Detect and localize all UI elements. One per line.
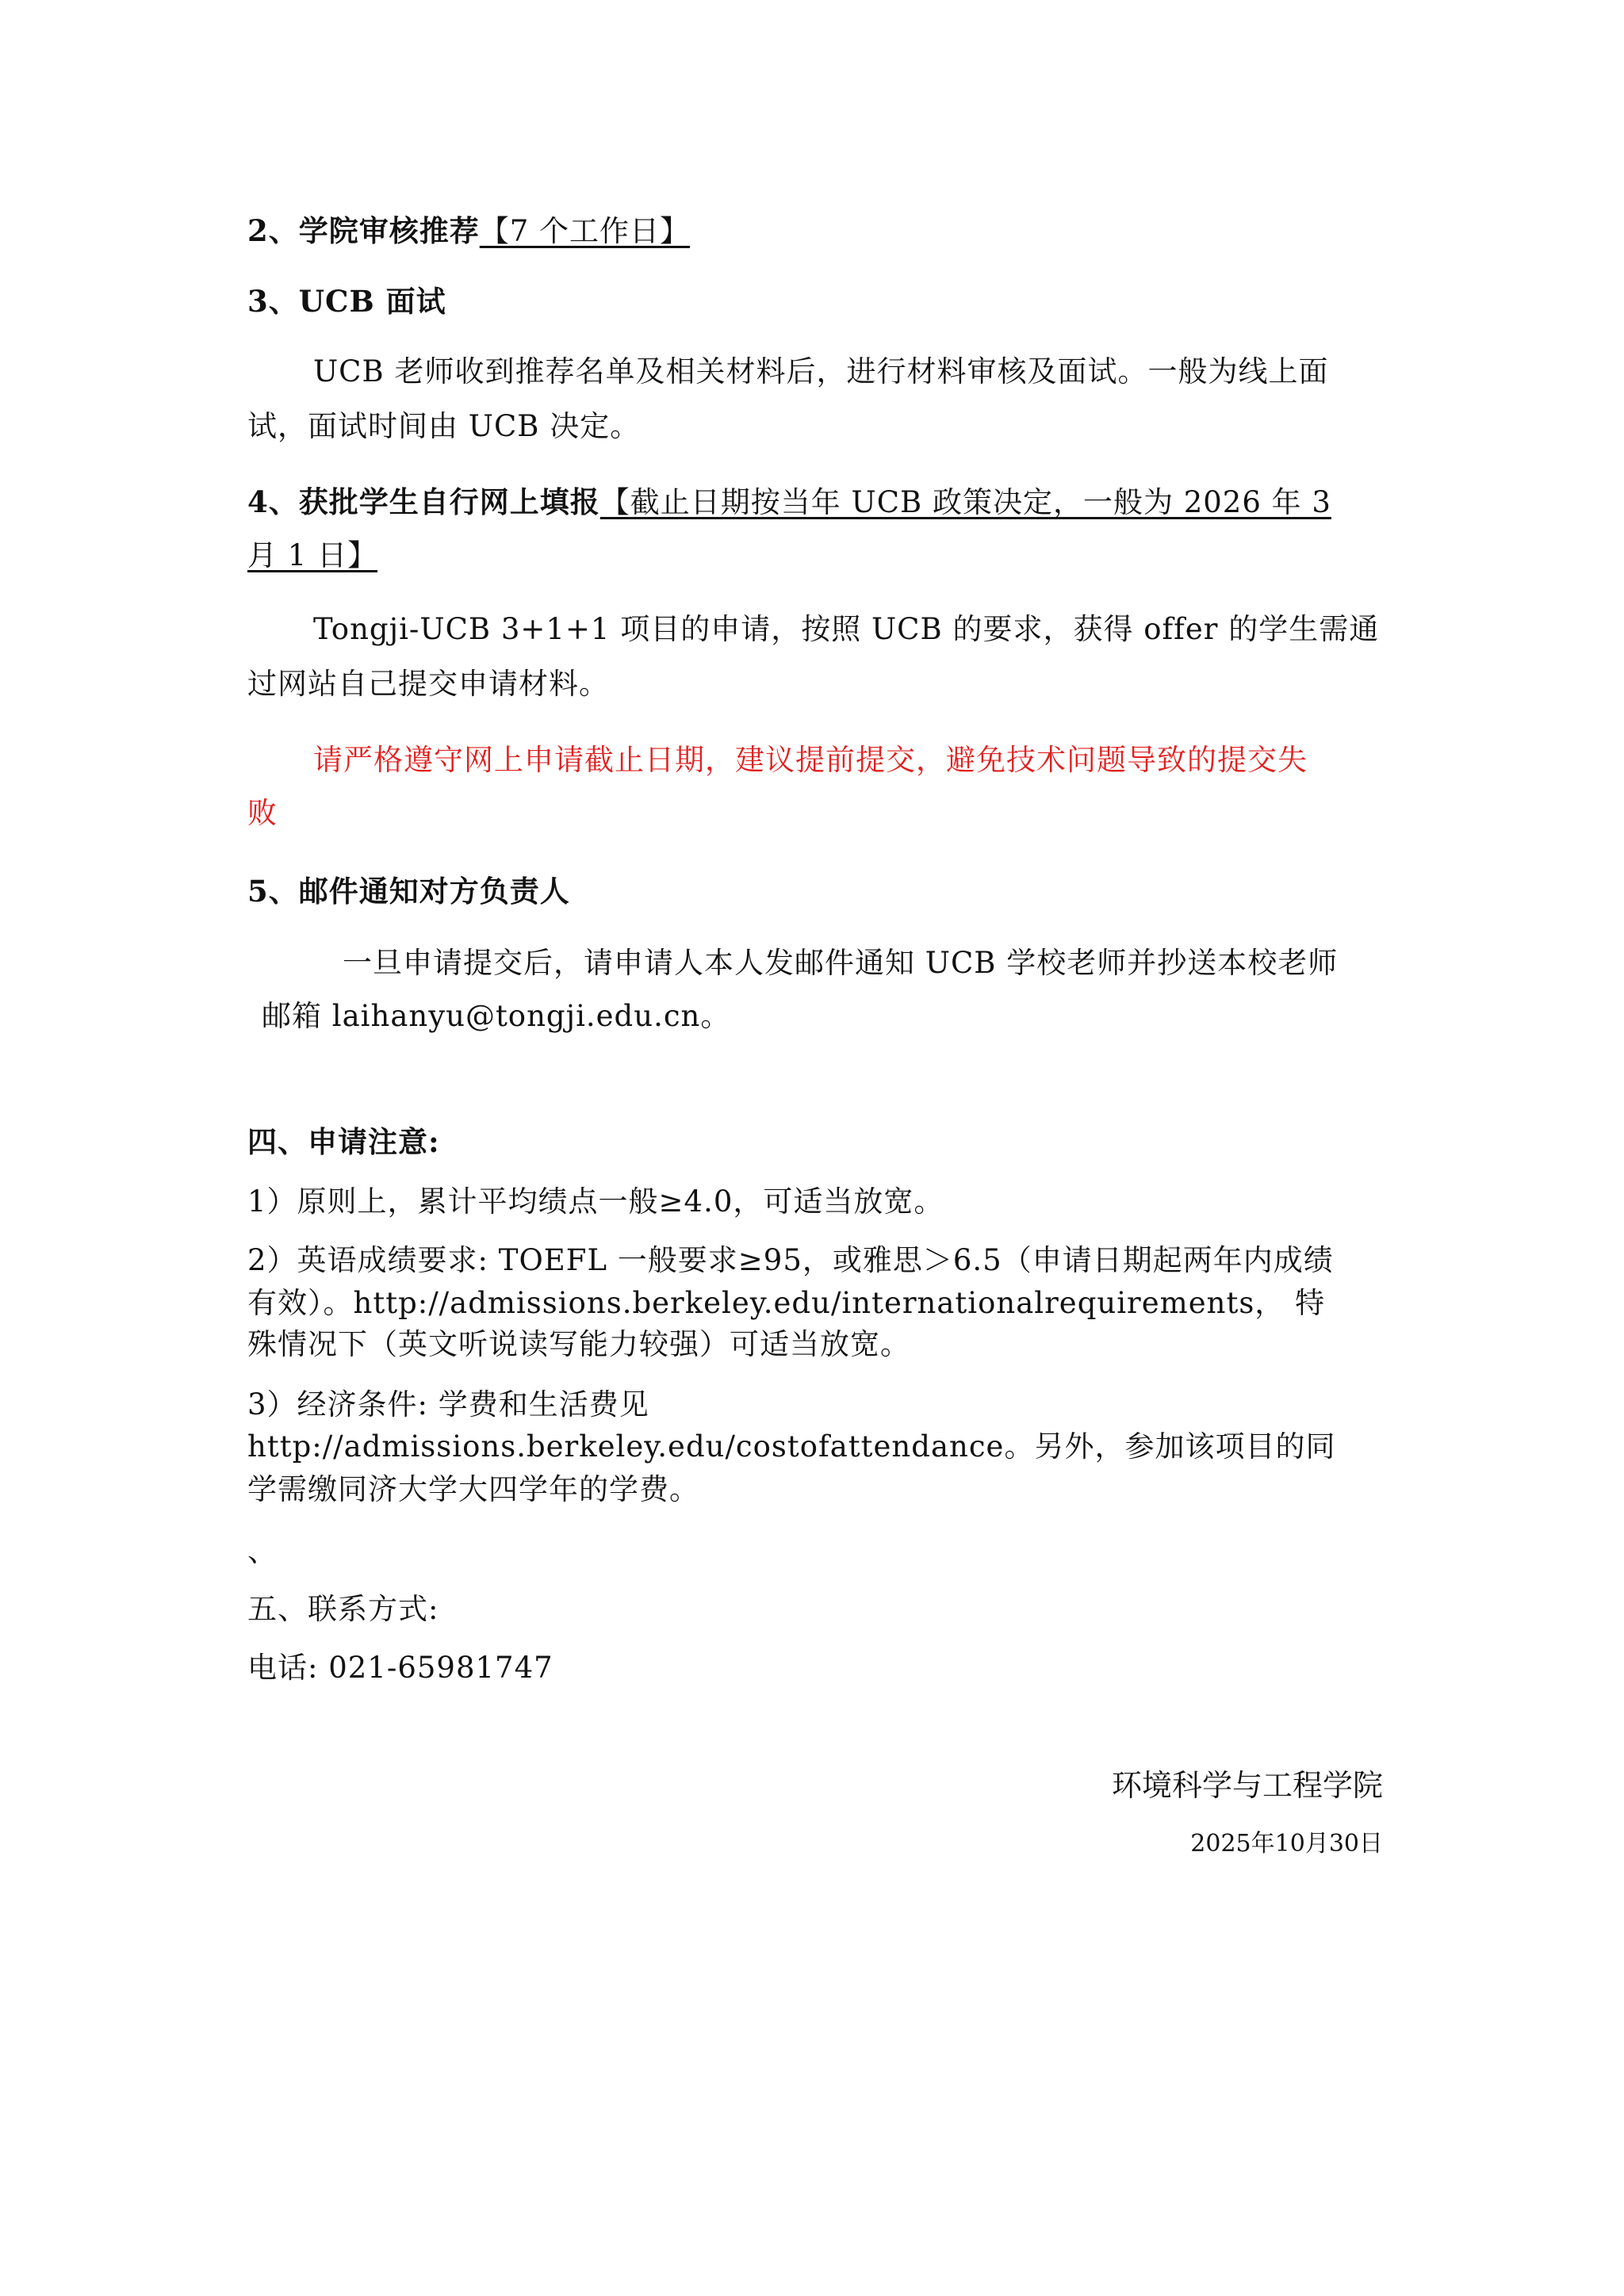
- notes-item-finance-line2: http://admissions.berkeley.edu/costofatt…: [247, 1429, 1335, 1464]
- step3-body-line1: UCB 老师收到推荐名单及相关材料后，进行材料审核及面试。一般为线上面: [313, 354, 1328, 389]
- step4-heading: 4、获批学生自行网上填报: [247, 484, 600, 519]
- step4-warning-line1: 请严格遵守网上申请截止日期，建议提前提交，避免技术问题导致的提交失: [313, 743, 1308, 778]
- step4-deadline-note-line2: 月 1 日】: [247, 538, 377, 572]
- notes-item-gpa: 1）原则上，累计平均绩点一般≥4.0，可适当放宽。: [247, 1184, 944, 1219]
- step2-duration-note: 【7 个工作日】: [480, 214, 690, 248]
- step4-deadline-note-cont: 月 1 日】: [247, 538, 377, 573]
- step2-heading: 2、学院审核推荐: [247, 213, 480, 248]
- stray-mark: 、: [247, 1534, 278, 1569]
- contact-heading: 五、联系方式:: [247, 1592, 439, 1627]
- contact-phone: 电话: 021-65981747: [247, 1651, 553, 1686]
- notes-heading: 四、申请注意:: [247, 1124, 440, 1159]
- notes-item-finance-line3: 学需缴同济大学大四学年的学费。: [247, 1472, 699, 1507]
- step4-body-line1: Tongji-UCB 3+1+1 项目的申请，按照 UCB 的要求，获得 off…: [313, 612, 1379, 647]
- signature-org: 环境科学与工程学院: [1112, 1768, 1383, 1803]
- step2-heading-line: 2、学院审核推荐【7 个工作日】: [247, 213, 690, 249]
- step3-body-line2: 试，面试时间由 UCB 决定。: [247, 409, 640, 444]
- step4-heading-line: 4、获批学生自行网上填报【截止日期按当年 UCB 政策决定，一般为 2026 年…: [247, 484, 1331, 520]
- step5-body-line1: 一旦申请提交后，请申请人本人发邮件通知 UCB 学校老师并抄送本校老师: [343, 946, 1338, 981]
- signature-date: 2025年10月30日: [1190, 1827, 1383, 1862]
- step5-body-line2: 邮箱 laihanyu@tongji.edu.cn。: [262, 999, 730, 1034]
- step3-heading: 3、UCB 面试: [247, 284, 446, 319]
- step4-deadline-note: 【截止日期按当年 UCB 政策决定，一般为 2026 年 3: [600, 485, 1331, 519]
- notes-item-english-line2: 有效）。http://admissions.berkeley.edu/inter…: [247, 1286, 1325, 1321]
- notes-item-english-line1: 2）英语成绩要求: TOEFL 一般要求≥95，或雅思＞6.5（申请日期起两年内…: [247, 1243, 1334, 1278]
- step5-heading: 5、邮件通知对方负责人: [247, 874, 570, 909]
- step4-warning-line2: 败: [247, 796, 278, 831]
- notes-item-finance-line1: 3）经济条件: 学费和生活费见: [247, 1387, 649, 1422]
- step4-body-line2: 过网站自己提交申请材料。: [247, 667, 609, 702]
- notes-item-english-line3: 殊情况下（英文听说读写能力较强）可适当放宽。: [247, 1327, 910, 1362]
